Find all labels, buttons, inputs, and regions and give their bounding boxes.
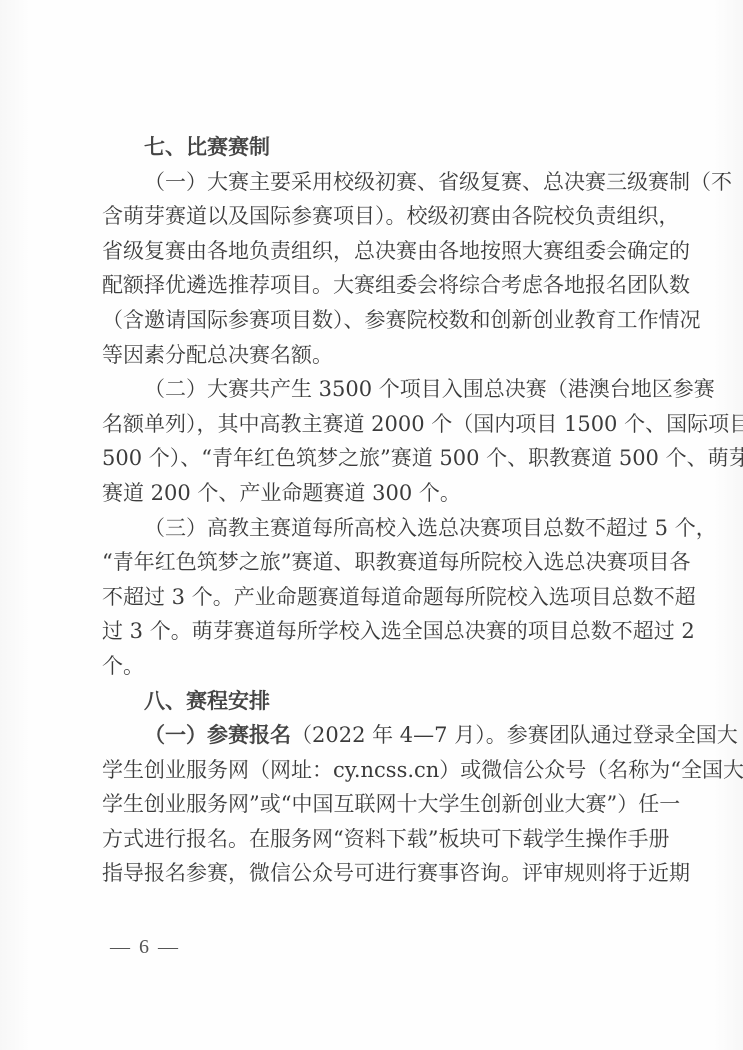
text-line: 指导报名参赛，微信公众号可进行赛事咨询。评审规则将于近期 [102, 856, 643, 891]
text-line: 名额单列），其中高教主赛道 2000 个（国内项目 1500 个、国际项目 [102, 407, 643, 442]
text-line: 不超过 3 个。产业命题赛道每道命题每所院校入选项目总数不超 [102, 580, 643, 615]
section-heading-competition-format: 七、比赛赛制 [102, 130, 643, 165]
page-number: — 6 — [110, 936, 180, 959]
text-line: 配额择优遴选推荐项目。大赛组委会将综合考虑各地报名团队数 [102, 268, 643, 303]
text-line: 等因素分配总决赛名额。 [102, 338, 643, 373]
registration-lead: （一）参赛报名 [144, 723, 291, 747]
text-line: （二）大赛共产生 3500 个项目入围总决赛（港澳台地区参赛 [102, 372, 643, 407]
paragraph-1: （一）大赛主要采用校级初赛、省级复赛、总决赛三级赛制（不 含萌芽赛道以及国际参赛… [102, 165, 643, 373]
text-line: （一）大赛主要采用校级初赛、省级复赛、总决赛三级赛制（不 [102, 165, 643, 200]
text-line: （含邀请国际参赛项目数）、参赛院校数和创新创业教育工作情况 [102, 303, 643, 338]
text-line: 含萌芽赛道以及国际参赛项目）。校级初赛由各院校负责组织， [102, 199, 643, 234]
text-line: 个。 [102, 649, 643, 684]
section-heading-schedule: 八、赛程安排 [102, 684, 643, 719]
text-line: 方式进行报名。在服务网“资料下载”板块可下载学生操作手册 [102, 822, 643, 857]
text-line: 500 个）、“青年红色筑梦之旅”赛道 500 个、职教赛道 500 个、萌芽 [102, 441, 643, 476]
paragraph-3: （三）高教主赛道每所高校入选总决赛项目总数不超过 5 个， “青年红色筑梦之旅”… [102, 511, 643, 684]
text-line: “青年红色筑梦之旅”赛道、职教赛道每所院校入选总决赛项目各 [102, 545, 643, 580]
text-line: 赛道 200 个、产业命题赛道 300 个。 [102, 476, 643, 511]
text-line: 学生创业服务网（网址：cy.ncss.cn）或微信公众号（名称为“全国大 [102, 753, 643, 788]
text-line: 学生创业服务网”或“中国互联网十大学生创新创业大赛”）任一 [102, 787, 643, 822]
text-span: （2022 年 4—7 月）。参赛团队通过登录全国大 [291, 723, 738, 747]
text-line: 过 3 个。萌芽赛道每所学校入选全国总决赛的项目总数不超过 2 [102, 614, 643, 649]
text-line: （一）参赛报名（2022 年 4—7 月）。参赛团队通过登录全国大 [102, 718, 643, 753]
document-body: 七、比赛赛制 （一）大赛主要采用校级初赛、省级复赛、总决赛三级赛制（不 含萌芽赛… [102, 130, 643, 891]
paragraph-2: （二）大赛共产生 3500 个项目入围总决赛（港澳台地区参赛 名额单列），其中高… [102, 372, 643, 510]
paragraph-4: （一）参赛报名（2022 年 4—7 月）。参赛团队通过登录全国大 学生创业服务… [102, 718, 643, 891]
text-line: （三）高教主赛道每所高校入选总决赛项目总数不超过 5 个， [102, 511, 643, 546]
text-line: 省级复赛由各地负责组织，总决赛由各地按照大赛组委会确定的 [102, 234, 643, 269]
document-page: 七、比赛赛制 （一）大赛主要采用校级初赛、省级复赛、总决赛三级赛制（不 含萌芽赛… [0, 0, 743, 1050]
